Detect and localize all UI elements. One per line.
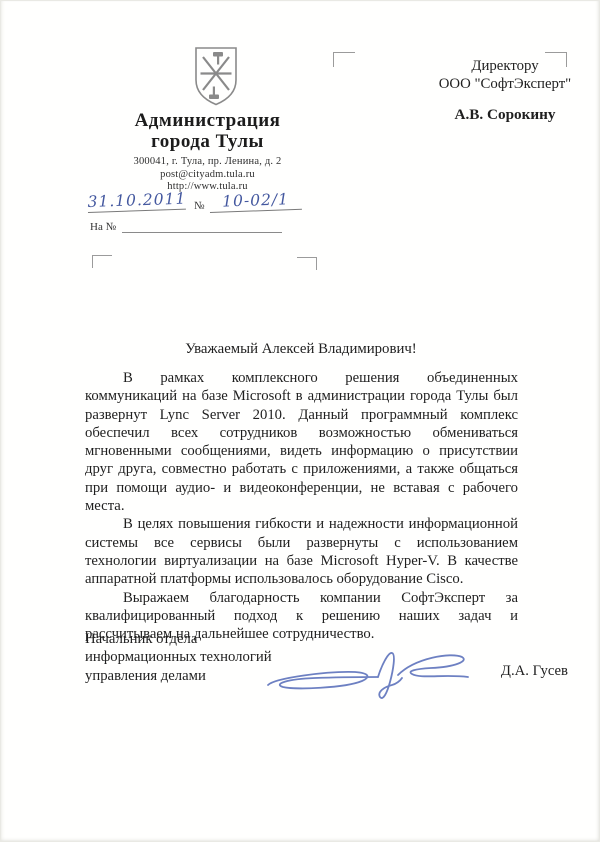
letter-body: В рамках комплексного решения объединенн…: [85, 369, 518, 643]
org-address: 300041, г. Тула, пр. Ленина, д. 2: [40, 156, 375, 169]
salutation: Уважаемый Алексей Владимирович!: [85, 341, 517, 358]
reference-line: 31.10.2011 № 10-02/1: [88, 193, 323, 213]
number-sign-label: №: [194, 200, 205, 212]
addressee-name: А.В. Сорокину: [405, 106, 600, 124]
body-paragraph: В целях повышения гибкости и надежности …: [85, 515, 518, 588]
corner-mark-address-left: [92, 255, 112, 268]
addressee-company: ООО "СофтЭксперт": [405, 76, 600, 94]
scanned-letter-page: Администрация города Тулы 300041, г. Тул…: [0, 0, 600, 842]
reply-blank-line: [122, 221, 282, 233]
org-email: post@cityadm.tula.ru: [40, 169, 375, 182]
handwritten-signature-icon: [265, 643, 475, 707]
reply-reference-line: На №: [90, 221, 282, 233]
org-website: http://www.tula.ru: [40, 181, 375, 194]
body-paragraph: В рамках комплексного решения объединенн…: [85, 369, 518, 515]
corner-mark-address-right: [297, 257, 317, 270]
handwritten-date: 31.10.2011: [87, 190, 186, 213]
corner-mark-top-right: [545, 52, 567, 67]
reply-label: На №: [90, 221, 116, 233]
letterhead: Администрация города Тулы 300041, г. Тул…: [40, 110, 375, 194]
corner-mark-top-left: [333, 52, 355, 67]
org-name-line2: города Тулы: [40, 131, 375, 152]
tula-coat-of-arms-icon: [192, 46, 240, 107]
org-name-line1: Администрация: [40, 110, 375, 131]
handwritten-number: 10-02/1: [209, 190, 302, 213]
addressee-block: Директору ООО "СофтЭксперт" А.В. Сорокин…: [405, 58, 600, 124]
addressee-position: Директору: [405, 58, 600, 76]
signer-name: Д.А. Гусев: [468, 663, 568, 680]
